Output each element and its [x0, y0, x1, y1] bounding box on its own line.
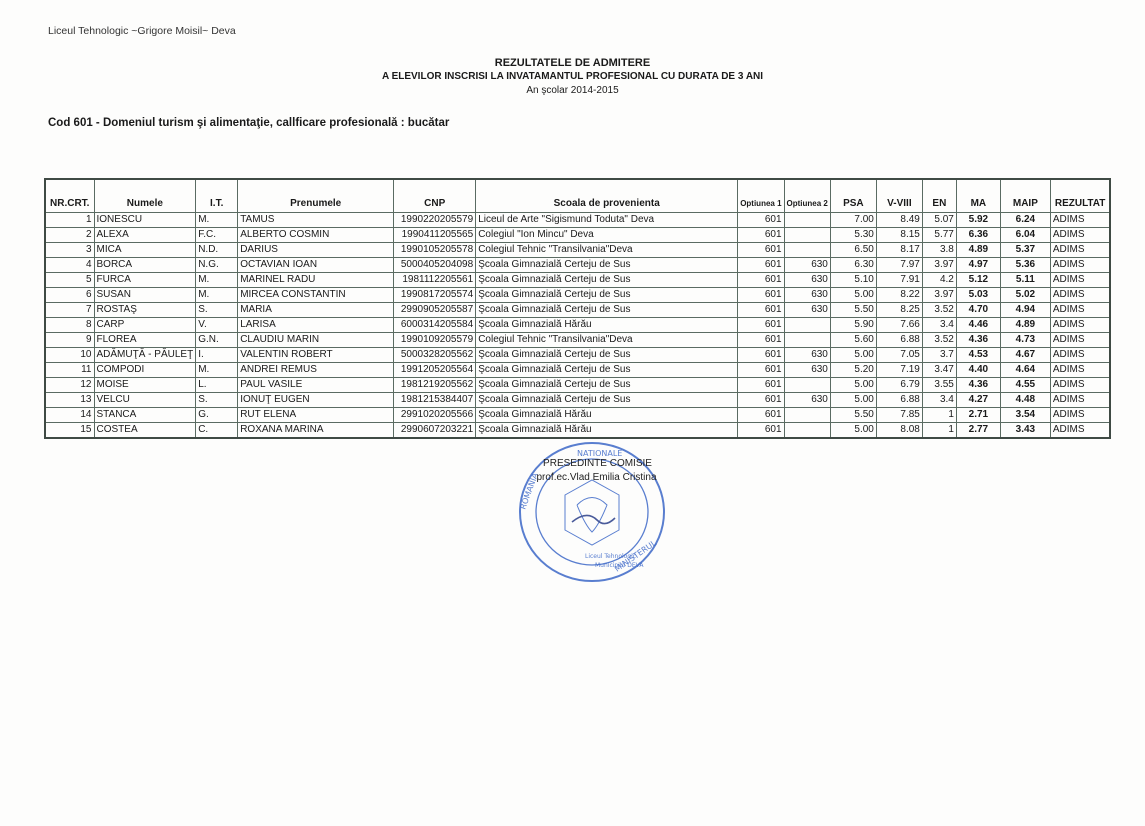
cell-en: 3.97 [922, 258, 956, 273]
cell-en: 3.97 [922, 288, 956, 303]
column-header-maip: MAIP [1000, 179, 1050, 213]
cell-optiunea-1: 601 [738, 228, 784, 243]
cell-scoala: Şcoala Gimnazială Certeju de Sus [476, 363, 738, 378]
cell-psa: 5.60 [830, 333, 876, 348]
cell-psa: 6.50 [830, 243, 876, 258]
cell-nr: 4 [45, 258, 94, 273]
cell-it: M. [196, 273, 238, 288]
cell-cnp: 1981219205562 [394, 378, 476, 393]
admission-results-table: NR.CRT. Numele I.T. Prenumele CNP Scoala… [44, 178, 1111, 439]
cell-rezultat: ADIMS [1050, 363, 1110, 378]
cell-rezultat: ADIMS [1050, 423, 1110, 439]
cell-nume: ROSTAŞ [94, 303, 196, 318]
cell-prenume: CLAUDIU MARIN [238, 333, 394, 348]
cell-nr: 6 [45, 288, 94, 303]
cell-nr: 12 [45, 378, 94, 393]
table-row: 5FURCAM.MARINEL RADU1981112205561Şcoala … [45, 273, 1110, 288]
cell-it: G. [196, 408, 238, 423]
cell-ma: 2.77 [956, 423, 1000, 439]
signature-role: PRESEDINTE COMISIE [0, 458, 1145, 469]
cell-nume: CARP [94, 318, 196, 333]
cell-optiunea-1: 601 [738, 378, 784, 393]
cell-v-viii: 7.66 [876, 318, 922, 333]
cell-scoala: Liceul de Arte "Sigismund Toduta" Deva [476, 213, 738, 228]
cell-en: 3.47 [922, 363, 956, 378]
cell-prenume: ROXANA MARINA [238, 423, 394, 439]
cell-nume: COSTEA [94, 423, 196, 439]
cell-rezultat: ADIMS [1050, 258, 1110, 273]
cell-nume: MICA [94, 243, 196, 258]
cell-prenume: LARISA [238, 318, 394, 333]
table-row: 4BORCAN.G.OCTAVIAN IOAN5000405204098Şcoa… [45, 258, 1110, 273]
cell-ma: 6.36 [956, 228, 1000, 243]
cell-it: F.C. [196, 228, 238, 243]
table-header-row: NR.CRT. Numele I.T. Prenumele CNP Scoala… [45, 179, 1110, 213]
cell-nume: ADĂMUŢĂ - PĂULEŢ [94, 348, 196, 363]
cell-nume: COMPODI [94, 363, 196, 378]
cell-v-viii: 6.88 [876, 393, 922, 408]
cell-it: G.N. [196, 333, 238, 348]
column-header-it: I.T. [196, 179, 238, 213]
table-row: 6SUSANM.MIRCEA CONSTANTIN1990817205574Şc… [45, 288, 1110, 303]
cell-en: 3.8 [922, 243, 956, 258]
cell-cnp: 2991020205566 [394, 408, 476, 423]
cell-scoala: Şcoala Gimnazială Certeju de Sus [476, 348, 738, 363]
cell-maip: 6.04 [1000, 228, 1050, 243]
cell-cnp: 1981215384407 [394, 393, 476, 408]
cell-it: I. [196, 348, 238, 363]
cell-v-viii: 7.91 [876, 273, 922, 288]
cell-nr: 9 [45, 333, 94, 348]
cell-optiunea-1: 601 [738, 303, 784, 318]
cell-optiunea-1: 601 [738, 423, 784, 439]
cell-ma: 4.70 [956, 303, 1000, 318]
cell-ma: 4.36 [956, 333, 1000, 348]
signature-name: prof.ec.Vlad Emilia Cristina [0, 472, 1145, 483]
cell-maip: 5.36 [1000, 258, 1050, 273]
cell-nume: FURCA [94, 273, 196, 288]
cell-it: C. [196, 423, 238, 439]
cell-it: N.G. [196, 258, 238, 273]
cell-maip: 5.02 [1000, 288, 1050, 303]
cell-optiunea-1: 601 [738, 408, 784, 423]
cell-cnp: 5000328205562 [394, 348, 476, 363]
cell-nr: 2 [45, 228, 94, 243]
cell-nume: STANCA [94, 408, 196, 423]
cell-maip: 3.54 [1000, 408, 1050, 423]
document-title-block: REZULTATELE DE ADMITERE A ELEVILOR INSCR… [0, 56, 1145, 98]
cell-it: M. [196, 363, 238, 378]
cell-optiunea-1: 601 [738, 213, 784, 228]
cell-rezultat: ADIMS [1050, 243, 1110, 258]
document-subtitle: A ELEVILOR INSCRISI LA INVATAMANTUL PROF… [0, 70, 1145, 84]
cell-nr: 5 [45, 273, 94, 288]
cell-maip: 5.37 [1000, 243, 1050, 258]
svg-text:Municipiul DEVA: Municipiul DEVA [595, 562, 644, 569]
cell-rezultat: ADIMS [1050, 213, 1110, 228]
cell-scoala: Şcoala Gimnazială Hărău [476, 318, 738, 333]
cell-cnp: 1991205205564 [394, 363, 476, 378]
cell-scoala: Şcoala Gimnazială Hărău [476, 408, 738, 423]
cell-ma: 2.71 [956, 408, 1000, 423]
cell-psa: 5.00 [830, 378, 876, 393]
column-header-cnp: CNP [394, 179, 476, 213]
svg-text:NATIONALE: NATIONALE [577, 449, 622, 458]
cell-optiunea-1: 601 [738, 333, 784, 348]
cell-maip: 4.55 [1000, 378, 1050, 393]
cell-maip: 5.11 [1000, 273, 1050, 288]
cell-psa: 5.50 [830, 408, 876, 423]
cell-nume: BORCA [94, 258, 196, 273]
cell-v-viii: 8.17 [876, 243, 922, 258]
cell-nr: 14 [45, 408, 94, 423]
cell-psa: 5.30 [830, 228, 876, 243]
table-row: 7ROSTAŞS.MARIA2990905205587Şcoala Gimnaz… [45, 303, 1110, 318]
cell-optiunea-2: 630 [784, 288, 830, 303]
cell-optiunea-2: 630 [784, 258, 830, 273]
cell-optiunea-1: 601 [738, 258, 784, 273]
cell-psa: 5.00 [830, 393, 876, 408]
cell-rezultat: ADIMS [1050, 393, 1110, 408]
cell-scoala: Şcoala Gimnazială Certeju de Sus [476, 288, 738, 303]
cell-prenume: TAMUS [238, 213, 394, 228]
cell-it: M. [196, 288, 238, 303]
cell-rezultat: ADIMS [1050, 273, 1110, 288]
cell-ma: 4.46 [956, 318, 1000, 333]
cell-rezultat: ADIMS [1050, 288, 1110, 303]
cell-cnp: 5000405204098 [394, 258, 476, 273]
cell-ma: 5.12 [956, 273, 1000, 288]
cell-optiunea-1: 601 [738, 363, 784, 378]
cell-prenume: RUT ELENA [238, 408, 394, 423]
cell-optiunea-2 [784, 333, 830, 348]
cell-cnp: 1990817205574 [394, 288, 476, 303]
cell-v-viii: 8.08 [876, 423, 922, 439]
cell-scoala: Şcoala Gimnazială Certeju de Sus [476, 378, 738, 393]
cell-prenume: DARIUS [238, 243, 394, 258]
cell-cnp: 2990905205587 [394, 303, 476, 318]
cell-v-viii: 7.85 [876, 408, 922, 423]
cell-scoala: Şcoala Gimnazială Certeju de Sus [476, 393, 738, 408]
table-row: 3MICAN.D.DARIUS1990105205578Colegiul Teh… [45, 243, 1110, 258]
cell-prenume: MIRCEA CONSTANTIN [238, 288, 394, 303]
cell-rezultat: ADIMS [1050, 378, 1110, 393]
column-header-optiunea-1: Optiunea 1 [738, 179, 784, 213]
cell-en: 5.07 [922, 213, 956, 228]
cell-rezultat: ADIMS [1050, 408, 1110, 423]
table-row: 2ALEXAF.C.ALBERTO COSMIN1990411205565Col… [45, 228, 1110, 243]
cell-cnp: 1990105205578 [394, 243, 476, 258]
cell-prenume: MARINEL RADU [238, 273, 394, 288]
cell-nume: IONESCU [94, 213, 196, 228]
cell-ma: 5.03 [956, 288, 1000, 303]
table-row: 12MOISEL.PAUL VASILE1981219205562Şcoala … [45, 378, 1110, 393]
cell-nr: 15 [45, 423, 94, 439]
cell-cnp: 6000314205584 [394, 318, 476, 333]
cell-it: L. [196, 378, 238, 393]
cell-it: V. [196, 318, 238, 333]
cell-maip: 4.94 [1000, 303, 1050, 318]
cell-optiunea-1: 601 [738, 288, 784, 303]
cell-v-viii: 6.79 [876, 378, 922, 393]
cell-en: 4.2 [922, 273, 956, 288]
cell-v-viii: 7.19 [876, 363, 922, 378]
document-title: REZULTATELE DE ADMITERE [0, 56, 1145, 70]
cell-nume: SUSAN [94, 288, 196, 303]
cell-prenume: PAUL VASILE [238, 378, 394, 393]
column-header-v-viii: V-VIII [876, 179, 922, 213]
cell-ma: 4.89 [956, 243, 1000, 258]
cell-psa: 5.00 [830, 288, 876, 303]
cell-rezultat: ADIMS [1050, 228, 1110, 243]
cell-prenume: OCTAVIAN IOAN [238, 258, 394, 273]
cell-psa: 5.00 [830, 348, 876, 363]
cell-ma: 4.40 [956, 363, 1000, 378]
cell-v-viii: 8.22 [876, 288, 922, 303]
cell-nr: 13 [45, 393, 94, 408]
specialization-heading: Cod 601 - Domeniul turism şi alimentaţie… [48, 117, 449, 129]
cell-en: 3.4 [922, 393, 956, 408]
column-header-rezultat: REZULTAT [1050, 179, 1110, 213]
cell-en: 3.7 [922, 348, 956, 363]
cell-nr: 3 [45, 243, 94, 258]
cell-v-viii: 6.88 [876, 333, 922, 348]
cell-maip: 3.43 [1000, 423, 1050, 439]
column-header-prenume: Prenumele [238, 179, 394, 213]
column-header-en: EN [922, 179, 956, 213]
cell-v-viii: 7.97 [876, 258, 922, 273]
cell-optiunea-2 [784, 408, 830, 423]
cell-scoala: Şcoala Gimnazială Certeju de Sus [476, 258, 738, 273]
cell-cnp: 2990607203221 [394, 423, 476, 439]
cell-optiunea-2 [784, 228, 830, 243]
cell-scoala: Colegiul "Ion Mincu" Deva [476, 228, 738, 243]
cell-v-viii: 8.25 [876, 303, 922, 318]
cell-optiunea-2: 630 [784, 303, 830, 318]
cell-it: M. [196, 213, 238, 228]
cell-psa: 5.50 [830, 303, 876, 318]
cell-nr: 1 [45, 213, 94, 228]
cell-prenume: IONUŢ EUGEN [238, 393, 394, 408]
cell-optiunea-1: 601 [738, 318, 784, 333]
cell-prenume: ALBERTO COSMIN [238, 228, 394, 243]
cell-scoala: Colegiul Tehnic "Transilvania"Deva [476, 333, 738, 348]
cell-psa: 5.10 [830, 273, 876, 288]
cell-maip: 4.89 [1000, 318, 1050, 333]
cell-nume: MOISE [94, 378, 196, 393]
cell-maip: 4.73 [1000, 333, 1050, 348]
cell-cnp: 1990220205579 [394, 213, 476, 228]
cell-nr: 8 [45, 318, 94, 333]
cell-optiunea-1: 601 [738, 393, 784, 408]
column-header-nr: NR.CRT. [45, 179, 94, 213]
table-row: 13VELCUS.IONUŢ EUGEN1981215384407Şcoala … [45, 393, 1110, 408]
column-header-optiunea-2: Optiunea 2 [784, 179, 830, 213]
cell-optiunea-2: 630 [784, 393, 830, 408]
table-row: 10ADĂMUŢĂ - PĂULEŢI.VALENTIN ROBERT50003… [45, 348, 1110, 363]
cell-maip: 4.67 [1000, 348, 1050, 363]
cell-optiunea-2 [784, 378, 830, 393]
cell-cnp: 1990109205579 [394, 333, 476, 348]
column-header-ma: MA [956, 179, 1000, 213]
cell-ma: 4.53 [956, 348, 1000, 363]
cell-maip: 4.64 [1000, 363, 1050, 378]
cell-maip: 6.24 [1000, 213, 1050, 228]
cell-ma: 4.97 [956, 258, 1000, 273]
table-row: 1IONESCUM.TAMUS1990220205579Liceul de Ar… [45, 213, 1110, 228]
cell-it: S. [196, 303, 238, 318]
cell-optiunea-2 [784, 318, 830, 333]
cell-nr: 11 [45, 363, 94, 378]
table-row: 15COSTEAC.ROXANA MARINA2990607203221Şcoa… [45, 423, 1110, 439]
column-header-psa: PSA [830, 179, 876, 213]
cell-it: N.D. [196, 243, 238, 258]
cell-psa: 6.30 [830, 258, 876, 273]
cell-cnp: 1990411205565 [394, 228, 476, 243]
cell-it: S. [196, 393, 238, 408]
cell-nr: 7 [45, 303, 94, 318]
cell-scoala: Şcoala Gimnazială Hărău [476, 423, 738, 439]
cell-scoala: Şcoala Gimnazială Certeju de Sus [476, 303, 738, 318]
cell-nume: ALEXA [94, 228, 196, 243]
school-name: Liceul Tehnologic ~Grigore Moisil~ Deva [48, 25, 236, 37]
cell-optiunea-2: 630 [784, 273, 830, 288]
table-body: 1IONESCUM.TAMUS1990220205579Liceul de Ar… [45, 213, 1110, 439]
cell-rezultat: ADIMS [1050, 348, 1110, 363]
cell-psa: 5.00 [830, 423, 876, 439]
cell-nr: 10 [45, 348, 94, 363]
table-row: 8CARPV.LARISA6000314205584Şcoala Gimnazi… [45, 318, 1110, 333]
cell-ma: 4.36 [956, 378, 1000, 393]
cell-prenume: MARIA [238, 303, 394, 318]
cell-ma: 4.27 [956, 393, 1000, 408]
cell-psa: 7.00 [830, 213, 876, 228]
cell-nume: FLOREA [94, 333, 196, 348]
cell-prenume: VALENTIN ROBERT [238, 348, 394, 363]
cell-en: 1 [922, 423, 956, 439]
cell-rezultat: ADIMS [1050, 333, 1110, 348]
table-row: 11COMPODIM.ANDREI REMUS1991205205564Şcoa… [45, 363, 1110, 378]
cell-optiunea-1: 601 [738, 348, 784, 363]
svg-text:Liceul Tehnologic: Liceul Tehnologic [585, 553, 636, 560]
cell-scoala: Colegiul Tehnic "Transilvania"Deva [476, 243, 738, 258]
cell-cnp: 1981112205561 [394, 273, 476, 288]
column-header-nume: Numele [94, 179, 196, 213]
cell-en: 5.77 [922, 228, 956, 243]
cell-optiunea-2: 630 [784, 348, 830, 363]
cell-en: 3.52 [922, 333, 956, 348]
cell-optiunea-1: 601 [738, 273, 784, 288]
cell-psa: 5.20 [830, 363, 876, 378]
cell-nume: VELCU [94, 393, 196, 408]
cell-psa: 5.90 [830, 318, 876, 333]
cell-rezultat: ADIMS [1050, 318, 1110, 333]
cell-maip: 4.48 [1000, 393, 1050, 408]
cell-optiunea-2 [784, 213, 830, 228]
cell-optiunea-2: 630 [784, 363, 830, 378]
cell-scoala: Şcoala Gimnazială Certeju de Sus [476, 273, 738, 288]
cell-ma: 5.92 [956, 213, 1000, 228]
cell-v-viii: 8.15 [876, 228, 922, 243]
cell-v-viii: 7.05 [876, 348, 922, 363]
table-row: 9FLOREAG.N.CLAUDIU MARIN1990109205579Col… [45, 333, 1110, 348]
cell-optiunea-1: 601 [738, 243, 784, 258]
cell-v-viii: 8.49 [876, 213, 922, 228]
school-year: An şcolar 2014-2015 [0, 84, 1145, 98]
cell-optiunea-2 [784, 423, 830, 439]
cell-optiunea-2 [784, 243, 830, 258]
column-header-scoala: Scoala de provenienta [476, 179, 738, 213]
table-row: 14STANCAG.RUT ELENA2991020205566Şcoala G… [45, 408, 1110, 423]
cell-en: 3.4 [922, 318, 956, 333]
cell-en: 1 [922, 408, 956, 423]
cell-en: 3.55 [922, 378, 956, 393]
cell-prenume: ANDREI REMUS [238, 363, 394, 378]
cell-rezultat: ADIMS [1050, 303, 1110, 318]
cell-en: 3.52 [922, 303, 956, 318]
